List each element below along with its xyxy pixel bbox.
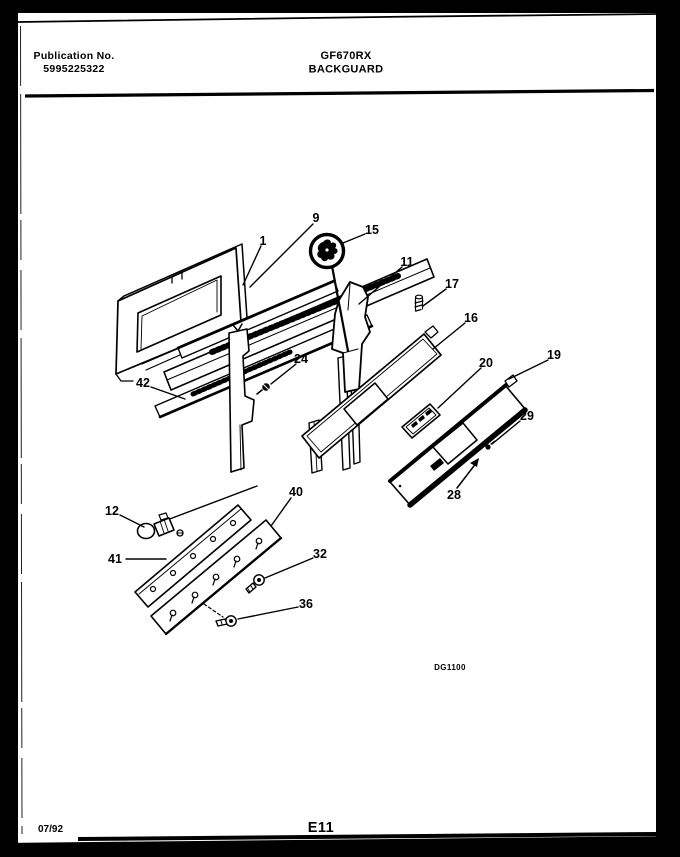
callout-41-label: 41 bbox=[108, 552, 122, 566]
callout-19-label: 19 bbox=[547, 348, 561, 362]
publication-label: Publication No. bbox=[34, 50, 115, 62]
scan-border-left bbox=[0, 0, 18, 857]
emblem-logo-highlight bbox=[325, 248, 328, 251]
callout-16-label: 16 bbox=[464, 311, 478, 325]
footer-date: 07/92 bbox=[38, 824, 63, 835]
part-32-drive bbox=[257, 578, 261, 582]
callout-28-label: 28 bbox=[447, 488, 461, 502]
callout-12-label: 12 bbox=[105, 504, 119, 518]
callout-20-label: 20 bbox=[479, 356, 493, 370]
model-title: GF670RX bbox=[320, 50, 371, 62]
diagram-code: DG1100 bbox=[434, 663, 466, 672]
footer-page-code: E11 bbox=[308, 820, 335, 836]
callout-15-label: 15 bbox=[365, 223, 379, 237]
scan-border-top bbox=[0, 0, 680, 13]
scan-border-right bbox=[656, 0, 680, 857]
page-canvas: Publication No. 5995225322 GF670RX BACKG… bbox=[0, 0, 680, 857]
callout-32-label: 32 bbox=[313, 547, 327, 561]
part-12-top-tab bbox=[159, 513, 168, 520]
scanned-catalog-page: Publication No. 5995225322 GF670RX BACKG… bbox=[0, 0, 680, 857]
callout-42-label: 42 bbox=[136, 376, 150, 390]
section-title: BACKGUARD bbox=[309, 64, 384, 76]
part-19-screw-hole bbox=[399, 485, 402, 488]
callout-1-label: 1 bbox=[260, 234, 267, 248]
publication-number: 5995225322 bbox=[43, 63, 104, 75]
callout-29-label: 29 bbox=[520, 409, 534, 423]
callout-24-label: 24 bbox=[294, 352, 308, 366]
callout-36-label: 36 bbox=[299, 597, 313, 611]
callout-11-label: 11 bbox=[400, 255, 413, 269]
callout-17-label: 17 bbox=[445, 277, 459, 291]
callout-40-label: 40 bbox=[289, 485, 303, 499]
part-29-head bbox=[485, 444, 490, 449]
part-17-screw-head bbox=[416, 295, 423, 299]
part-36-drive bbox=[229, 619, 233, 623]
callout-9-label: 9 bbox=[313, 211, 320, 225]
